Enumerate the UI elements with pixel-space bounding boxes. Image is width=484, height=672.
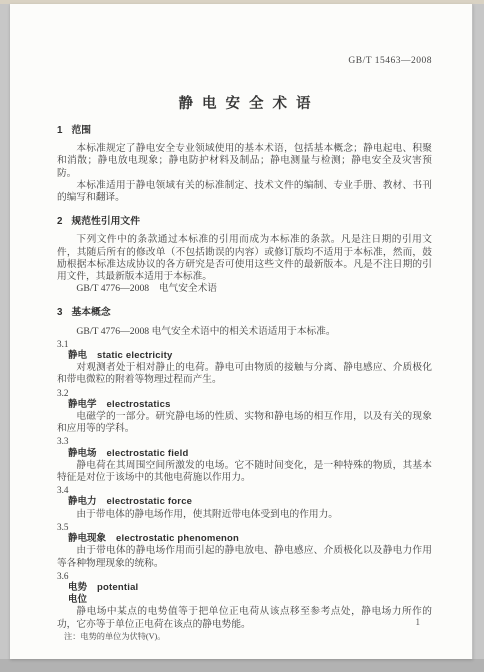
term-synonym: 电位 xyxy=(57,594,432,606)
section-3-heading: 3基本概念 xyxy=(57,307,432,319)
term-entry: 3.6 电势potential 电位 静电场中某点的电势值等于把单位正电荷从该点… xyxy=(57,570,432,643)
term-name-zh: 静电学 xyxy=(68,399,97,410)
term-definition: 对观测者处于相对静止的电荷。静电可由物质的接触与分离、静电感应、介质极化和带电微… xyxy=(57,362,432,386)
section-1-paragraph: 本标准规定了静电安全专业领域使用的基本术语，包括基本概念；静电起电、积聚和消散；… xyxy=(57,143,432,180)
term-name-en: electrostatic field xyxy=(107,448,189,459)
term-number: 3.2 xyxy=(57,387,432,399)
section-1-title: 范围 xyxy=(71,125,91,136)
standard-code: GB/T 15463—2008 xyxy=(57,4,432,66)
term-number: 3.4 xyxy=(57,484,432,496)
term-name-zh: 静电场 xyxy=(68,448,97,459)
term-entry: 3.3 静电场electrostatic field 静电荷在其周围空间所激发的… xyxy=(57,435,432,484)
page-title: 静电安全术语 xyxy=(57,92,432,113)
page-number: 1 xyxy=(416,617,421,627)
section-2-heading: 2规范性引用文件 xyxy=(57,216,432,228)
term-definition: 静电场中某点的电势值等于把单位正电荷从该点移至参考点处，静电场力所作的功，它亦等… xyxy=(57,606,432,630)
normative-reference: GB/T 4776—2008 电气安全术语 xyxy=(57,283,432,295)
section-3-number: 3 xyxy=(57,307,62,319)
section-2-paragraph: 下列文件中的条款通过本标准的引用而成为本标准的条款。凡是注日期的引用文件，其随后… xyxy=(57,234,432,283)
term-name: 静电学electrostatics xyxy=(57,399,432,411)
term-definition: 由于带电体的静电场作用而引起的静电放电、静电感应、介质极化以及静电力作用等各种物… xyxy=(57,545,432,569)
term-name: 静电力electrostatic force xyxy=(57,496,432,508)
section-2-title: 规范性引用文件 xyxy=(71,216,140,227)
section-1-heading: 1范围 xyxy=(57,125,432,137)
term-entry: 3.2 静电学electrostatics 电磁学的一部分。研究静电场的性质、实… xyxy=(57,387,432,436)
term-name: 电势potential xyxy=(57,582,432,594)
term-definition: 由于带电体的静电场作用，使其附近带电体受到电的作用力。 xyxy=(57,509,432,521)
term-definition: 电磁学的一部分。研究静电场的性质、实物和静电场的相互作用，以及有关的现象和应用等… xyxy=(57,411,432,435)
term-name-zh: 静电现象 xyxy=(68,533,106,544)
term-entry: 3.4 静电力electrostatic force 由于带电体的静电场作用，使… xyxy=(57,484,432,521)
term-definition: 静电荷在其周围空间所激发的电场。它不随时间变化，是一种特殊的物质，其基本特征是对… xyxy=(57,460,432,484)
section-3-intro: GB/T 4776—2008 电气安全术语中的相关术语适用于本标准。 xyxy=(57,326,432,338)
term-number: 3.3 xyxy=(57,435,432,447)
term-number: 3.5 xyxy=(57,521,432,533)
section-3-title: 基本概念 xyxy=(71,307,110,318)
term-name-zh: 静电力 xyxy=(68,496,97,507)
term-number: 3.1 xyxy=(57,338,432,350)
term-number: 3.6 xyxy=(57,570,432,582)
term-name-zh: 电势 xyxy=(68,582,87,593)
section-2-number: 2 xyxy=(57,216,62,228)
term-name-en: potential xyxy=(97,582,138,593)
term-note: 注：电势的单位为伏特(V)。 xyxy=(57,631,432,643)
term-name-en: electrostatic phenomenon xyxy=(116,533,239,544)
term-name-en: electrostatic force xyxy=(107,496,193,507)
term-name: 静电static electricity xyxy=(57,350,432,362)
term-entry: 3.5 静电现象electrostatic phenomenon 由于带电体的静… xyxy=(57,521,432,570)
section-1-number: 1 xyxy=(57,125,62,137)
term-name-en: electrostatics xyxy=(107,399,171,410)
scanned-standard-document: { "header": { "doc_code": "GB/T 15463—20… xyxy=(0,0,484,672)
document-page: GB/T 15463—2008 静电安全术语 1范围 本标准规定了静电安全专业领… xyxy=(10,4,473,659)
term-name-en: static electricity xyxy=(97,350,172,361)
term-name: 静电场electrostatic field xyxy=(57,448,432,460)
term-entry: 3.1 静电static electricity 对观测者处于相对静止的电荷。静… xyxy=(57,338,432,387)
section-1-paragraph: 本标准适用于静电领域有关的标准制定、技术文件的编制、专业手册、教材、书刊的编写和… xyxy=(57,180,432,204)
term-name: 静电现象electrostatic phenomenon xyxy=(57,533,432,545)
term-name-zh: 静电 xyxy=(68,350,87,361)
scan-bottom-strip xyxy=(0,659,484,672)
